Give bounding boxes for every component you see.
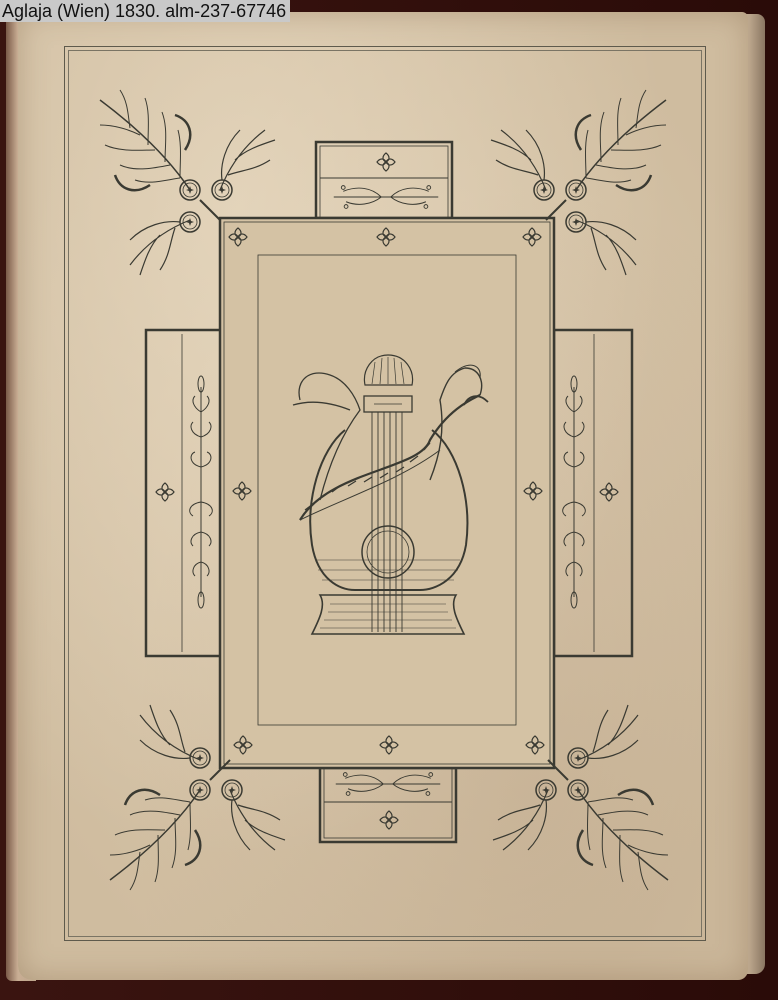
left-panel [146, 330, 224, 656]
bottom-panel [320, 768, 456, 842]
image-caption: Aglaja (Wien) 1830. alm-237-67746 [0, 0, 290, 22]
central-panel [220, 218, 554, 768]
top-panel [316, 142, 452, 218]
right-panel [554, 330, 632, 656]
cover-engraving [0, 0, 778, 1000]
